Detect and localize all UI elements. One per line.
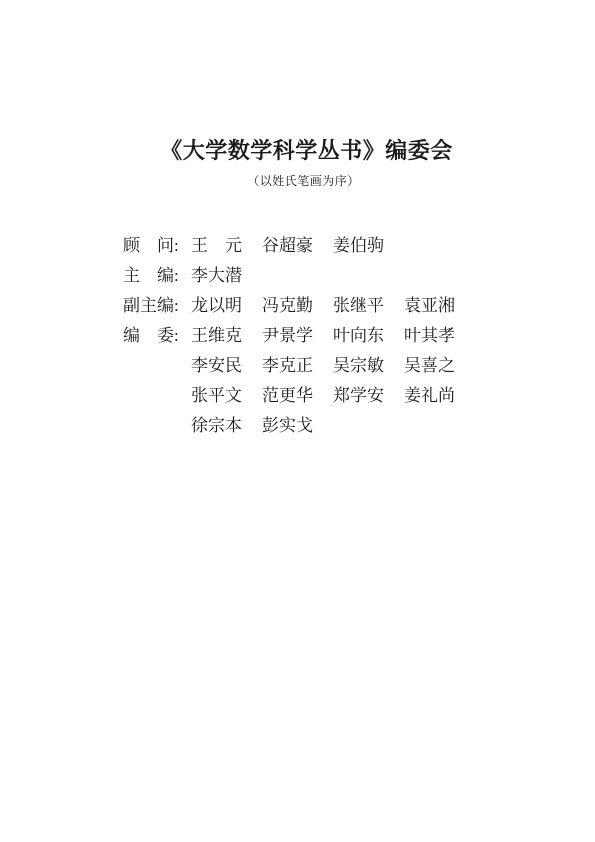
member-name: 冯克勤 — [262, 291, 313, 321]
scanned-document-page: 《大学数学科学丛书》编委会 （以姓氏笔画为序） 顾 问:王 元谷超豪姜伯驹主 编… — [0, 0, 595, 842]
member-name: 李安民 — [191, 351, 242, 381]
committee-row: 编 委:王维克尹景学叶向东叶其孝 — [123, 321, 595, 351]
committee-row: 顾 问:王 元谷超豪姜伯驹 — [123, 231, 595, 261]
member-name: 姜礼尚 — [404, 381, 455, 411]
member-name: 尹景学 — [262, 321, 313, 351]
member-name: 彭实戈 — [262, 411, 313, 441]
committee-row: 李安民李克正吴宗敏吴喜之 — [123, 351, 595, 381]
member-name: 叶其孝 — [404, 321, 455, 351]
committee-row: 徐宗本彭实戈 — [123, 411, 595, 441]
committee-row: 副主编:龙以明冯克勤张继平袁亚湘 — [123, 291, 595, 321]
committee-rows: 顾 问:王 元谷超豪姜伯驹主 编:李大潜副主编:龙以明冯克勤张继平袁亚湘编 委:… — [123, 231, 595, 441]
member-name: 袁亚湘 — [404, 291, 455, 321]
member-name: 叶向东 — [333, 321, 384, 351]
member-name: 王 元 — [191, 231, 242, 261]
member-name: 吴喜之 — [404, 351, 455, 381]
role-label: 副主编: — [123, 291, 191, 321]
committee-row: 张平文范更华郑学安姜礼尚 — [123, 381, 595, 411]
member-name: 王维克 — [191, 321, 242, 351]
member-name: 张继平 — [333, 291, 384, 321]
member-name: 李大潜 — [191, 261, 242, 291]
member-name: 谷超豪 — [262, 231, 313, 261]
member-name: 徐宗本 — [191, 411, 242, 441]
committee-row: 主 编:李大潜 — [123, 261, 595, 291]
member-name: 范更华 — [262, 381, 313, 411]
role-label: 编 委: — [123, 321, 191, 351]
member-name: 龙以明 — [191, 291, 242, 321]
member-name: 郑学安 — [333, 381, 384, 411]
page-title: 《大学数学科学丛书》编委会 — [9, 137, 595, 165]
role-label: 顾 问: — [123, 231, 191, 261]
member-name: 李克正 — [262, 351, 313, 381]
member-name: 姜伯驹 — [333, 231, 384, 261]
member-name: 张平文 — [191, 381, 242, 411]
role-label: 主 编: — [123, 261, 191, 291]
page-subtitle: （以姓氏笔画为序） — [6, 173, 595, 189]
member-name: 吴宗敏 — [333, 351, 384, 381]
